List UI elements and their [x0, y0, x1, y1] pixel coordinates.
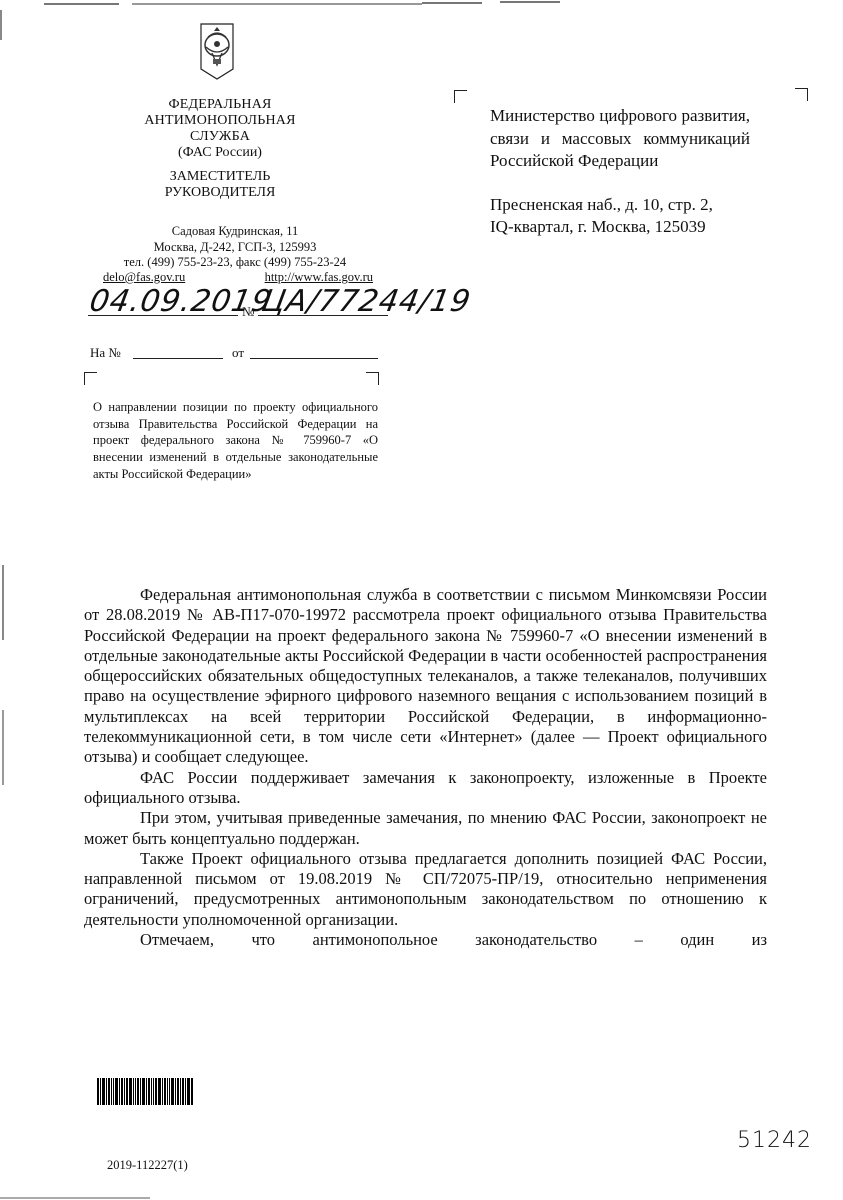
russian-coat-of-arms-icon: [200, 23, 234, 80]
recipient-block: Министерство цифрового развития, связи и…: [490, 105, 750, 239]
date-underline: [88, 315, 238, 316]
reference-date-field[interactable]: [250, 358, 378, 359]
registration-number: 2019-112227(1): [107, 1158, 188, 1173]
sender-block: ФЕДЕРАЛЬНАЯ АНТИМОНОПОЛЬНАЯ СЛУЖБА (ФАС …: [120, 97, 320, 201]
outgoing-number-handwritten: ЦА/77244/19: [259, 284, 474, 319]
letter-subject: О направлении позиции по проекту официал…: [93, 399, 378, 483]
website-link[interactable]: http://www.fas.gov.ru: [265, 270, 373, 285]
body-paragraph: ФАС России поддерживает замечания к зако…: [84, 768, 767, 809]
signatory-position: ЗАМЕСТИТЕЛЬ РУКОВОДИТЕЛЯ: [120, 169, 320, 201]
scan-margin-line: [2, 710, 4, 785]
barcode-icon: [97, 1078, 220, 1105]
recipient-name: Министерство цифрового развития, связи и…: [490, 105, 750, 173]
number-sign: №: [242, 304, 254, 320]
recipient-address: Пресненская наб., д. 10, стр. 2, IQ-квар…: [490, 194, 750, 239]
body-paragraph: При этом, учитывая приведенные замечания…: [84, 808, 767, 849]
scan-edge-line: [132, 3, 422, 5]
stamp-number: 51242: [737, 1128, 812, 1153]
reference-from-label: от: [232, 345, 244, 361]
letter-body: Федеральная антимонопольная служба в соо…: [84, 585, 767, 950]
scan-margin-line: [2, 565, 4, 640]
sender-contacts: delo@fas.gov.ru http://www.fas.gov.ru: [103, 270, 373, 285]
body-paragraph: Федеральная антимонопольная служба в соо…: [84, 585, 767, 768]
recipient-bracket-right: [795, 88, 808, 101]
email-link[interactable]: delo@fas.gov.ru: [103, 270, 185, 285]
scan-edge-line: [0, 1197, 150, 1199]
body-paragraph: Также Проект официального отзыва предлаг…: [84, 849, 767, 930]
subject-bracket-left: [84, 372, 97, 385]
scan-edge-line: [44, 3, 119, 5]
reference-row: На №: [90, 345, 121, 361]
recipient-bracket-left: [454, 90, 467, 103]
sender-address: Садовая Кудринская, 11 Москва, Д-242, ГС…: [90, 224, 380, 271]
scan-edge-line: [500, 1, 560, 3]
reference-number-field[interactable]: [133, 358, 223, 359]
org-name: ФЕДЕРАЛЬНАЯ АНТИМОНОПОЛЬНАЯ СЛУЖБА: [120, 97, 320, 145]
org-short-name: (ФАС России): [120, 145, 320, 161]
number-underline: [258, 315, 388, 316]
body-paragraph: Отмечаем, что антимонопольное законодате…: [84, 930, 767, 950]
reference-number-label: На №: [90, 345, 121, 360]
subject-bracket-right: [366, 372, 379, 385]
scan-margin-line: [0, 10, 2, 40]
scan-edge-line: [422, 2, 482, 4]
